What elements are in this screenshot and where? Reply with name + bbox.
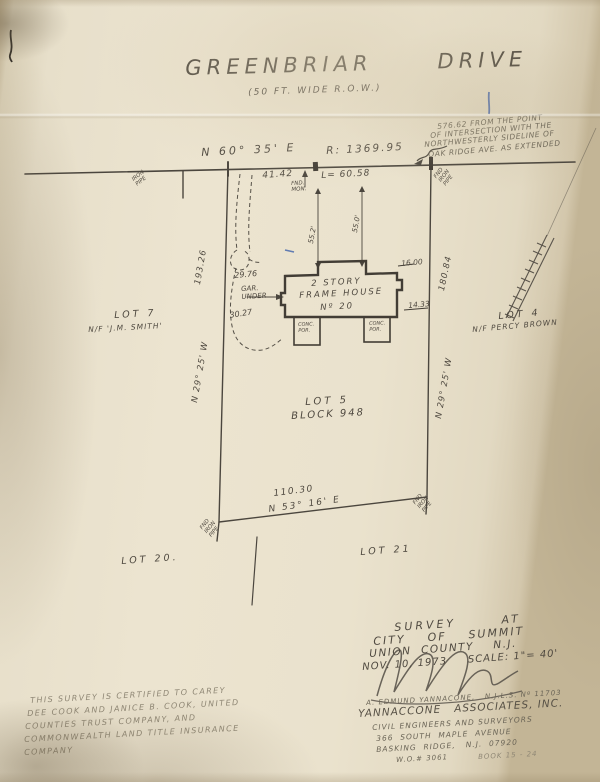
dashed-connector — [249, 259, 262, 262]
gar-under-label: GAR. UNDER — [241, 285, 267, 302]
lot7-label: LOT 7 — [114, 309, 157, 322]
rear-lot-divider-line — [252, 537, 257, 605]
dim-4142: 41.42 — [262, 169, 293, 181]
survey-sheet: GREENBRIAR DRIVE (50 FT. WIDE R.O.W.) 57… — [0, 0, 600, 782]
hatched-driveway — [505, 128, 596, 321]
dashed-drive-line — [236, 174, 240, 250]
boundary-left — [217, 168, 228, 541]
arrowhead — [302, 170, 308, 177]
arrowhead — [359, 186, 365, 192]
street-line — [25, 162, 575, 174]
dashed-drive-line — [249, 175, 252, 252]
house-label-number: Nº 20 — [320, 302, 354, 313]
lot5-label: LOT 5 — [305, 395, 349, 408]
boundary-right — [426, 165, 431, 514]
arrowhead — [315, 188, 321, 194]
dashed-tree-outline — [230, 250, 249, 270]
porch-left-label: CONC. POR. — [298, 322, 315, 334]
found-monument-symbol — [313, 162, 318, 171]
corner-mark — [10, 30, 12, 62]
porch-right-label: CONC. POR. — [369, 321, 386, 333]
found-monument-label: FND. MON. — [291, 180, 307, 193]
